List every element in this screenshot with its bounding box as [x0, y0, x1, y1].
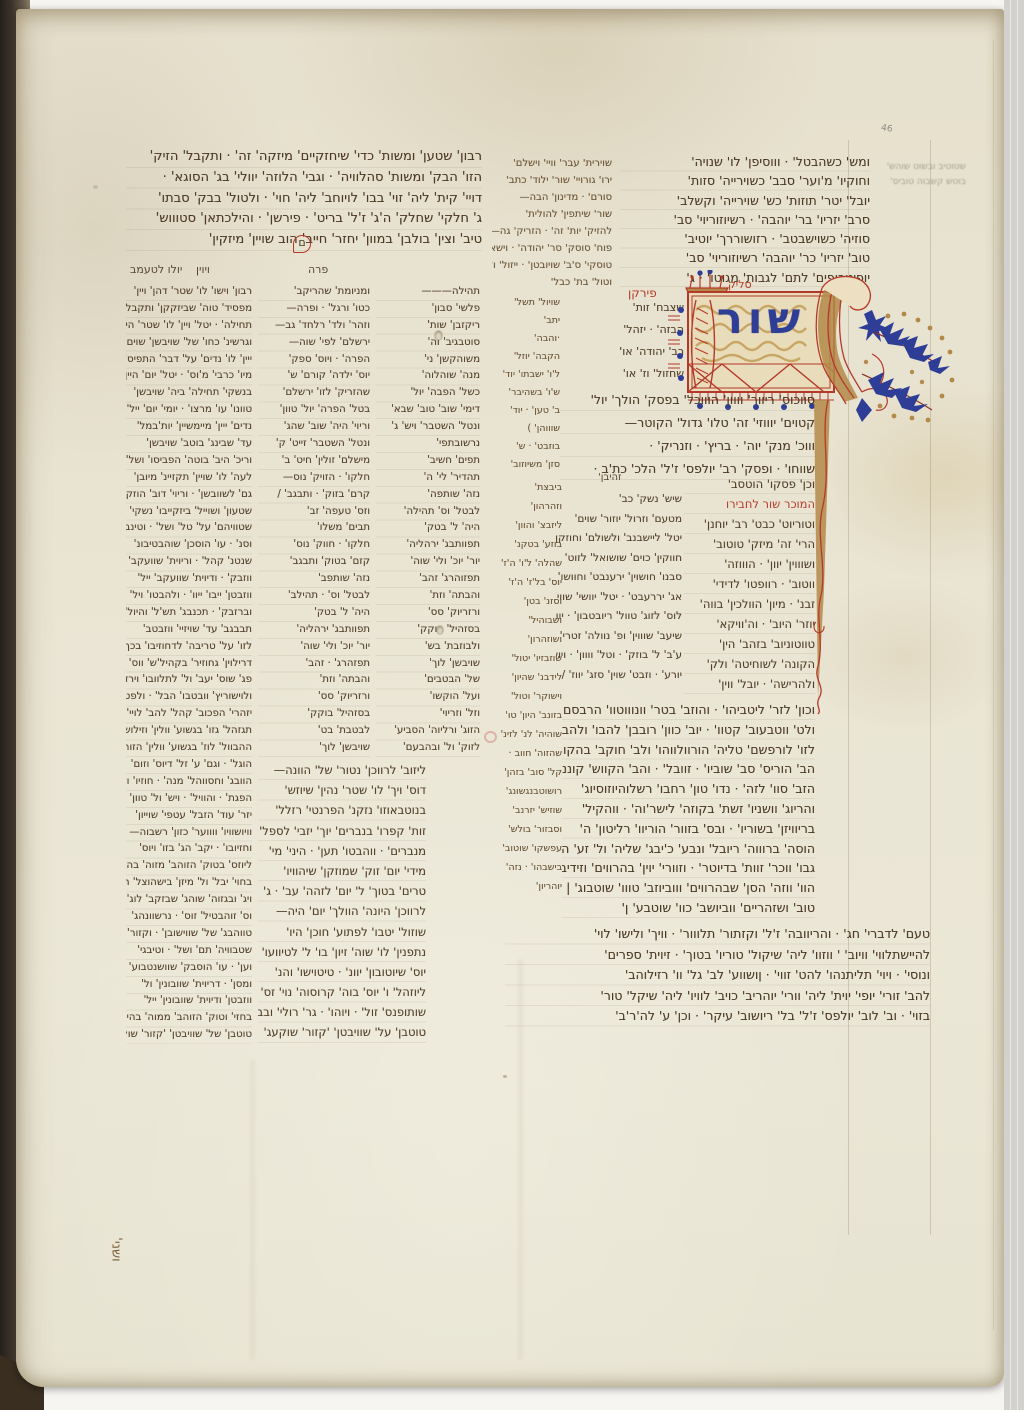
text-line: היה' ל' בטק': [376, 520, 480, 537]
text-line: מפסיד' טוה' שביזקקן' ותקבל': [126, 301, 252, 318]
text-line: המוכר שור לחבירו: [684, 494, 815, 514]
text-line: וס' זוהבטיל' זוס' · נרשוונהג': [126, 909, 252, 926]
main-text-lower: וכון' לזר' ליטביהו' · והוזב' בטר' וונווו…: [562, 700, 815, 918]
text-line: הקונה' לשוחיטה' ולק': [684, 654, 815, 674]
text-line: טוב' יזריו' כר' יוהבה' רשיוזוריוי' סב': [620, 248, 870, 267]
text-line: טוונו' עו' מרצו' · יומי' יום' ייל': [126, 402, 252, 419]
text-line: יורע' · וזבט' שוין' סזג' יווז' /: [556, 666, 682, 686]
text-line: משוהקשן' ני': [376, 352, 480, 369]
text-line: הב' הוריס' סב' שוביו' · זוובל' · והב' הק…: [562, 759, 815, 779]
main-text-mid: סווכוס' ריוור' וווון' הוווכל' בפסק' הולך…: [560, 388, 815, 480]
text-line: ליוזהל' ו' יוס' בוה' קרוסוה' נוי' זס': [258, 982, 426, 1002]
text-line: הזו' הבק' ומשות' סהלוויה' · וגבי' הלוזה'…: [126, 168, 482, 189]
main-text-top: ומש' כשהבטל' · וווסיפן' לו' שנויה'וחוקיו…: [620, 152, 870, 287]
text-line: לזו' לורפשם' טליה' הורוולווהו' ולב' חוקב…: [562, 740, 815, 760]
text-line: שוזיש' יזרנב': [494, 801, 562, 820]
text-line: יזהרי' הפכוב' קהל' להב' לויי': [126, 706, 252, 723]
ruling-line: [993, 40, 994, 1330]
text-line: וחוקיו' מ'וער' סבב' כשוירייה' סזות': [620, 171, 870, 190]
text-line: לידבנ' שהיון': [494, 668, 562, 687]
text-line: נתפנין' לו' שוה' זיון' בו' ל' לטיוועו': [258, 942, 426, 962]
text-line: שהלה' ל'ו' ה'ז': [494, 554, 562, 573]
text-line: שהזריק' לזו' ירשלם': [258, 385, 370, 402]
text-line: וברזבק' · תכנבג' תש'ל' והיול': [126, 605, 252, 622]
text-line: וכן' פסקו' הוטסב': [684, 474, 815, 494]
text-line: וווכ' מנק' יוה' · בריץ' · וזנריק' ·: [560, 434, 815, 457]
text-line: ועל' הוקשו': [376, 689, 480, 706]
text-line: להזיק' יות' זה' · הזריק' גה—: [492, 223, 612, 240]
text-line: טוסקי' ס'ב' שויובטן' · ייזול' ו': [492, 257, 612, 274]
text-line: פוח' סוסק' סר' יהודה' · וישא': [492, 240, 612, 257]
text-line: פלשי' סבון': [376, 301, 480, 318]
text-line: טרים' בטוך' ל' יום' לזהה' עב' · ג': [258, 881, 426, 901]
text-line: שויבשן' לוך': [376, 656, 480, 673]
text-line: והבתה' וזת': [258, 672, 370, 689]
text-line: שיעב' שוווין' ופ' נוולה' זטרי': [556, 627, 682, 647]
text-line: נזה' שותפה': [376, 487, 480, 504]
text-line: עד' שבינג' בוטב' שויבשן': [126, 436, 252, 453]
red-initial-mark: ם: [293, 235, 311, 253]
text-line: ליזוב' לרווכן' נטור' של' הוונה—: [258, 760, 426, 780]
text-line: ב' טען' · יוד': [492, 402, 560, 420]
text-line: יור' יוכ' ולי' שוה': [258, 639, 370, 656]
text-line: שוווהן' ): [492, 420, 560, 438]
text-line: יטל' ליישבנב' ולשולם' וחוזקן': [556, 529, 682, 549]
manuscript-scan: שטוטיב ובשוט שוהש' בוטש קשבוה טוביס' 46 …: [0, 0, 1024, 1410]
text-line: וזל' וזריוי': [376, 706, 480, 723]
column-keyword: ויוין: [196, 263, 210, 276]
text-line: שותופנס' זול' · ויוהו' · גר' רולי' ובבס': [258, 1002, 426, 1022]
text-line: חלקו' · הזויק' נוס—: [258, 470, 370, 487]
text-line: רושוטבנגשונג': [494, 782, 562, 801]
text-line: ולבוזבת' בש': [376, 639, 480, 656]
column-keyword: יולו לטעמב: [130, 263, 182, 276]
text-line: ורזריוק' סס': [258, 689, 370, 706]
text-line: ש'ו' בשהיבר': [492, 384, 560, 402]
text-line: מישלם' זולין' חיט' ב': [258, 453, 370, 470]
text-line: שויול' תשל': [492, 294, 560, 312]
text-line: לבטל' וס' תהילה': [376, 504, 480, 521]
text-line: וזס' טעפה' זב': [258, 504, 370, 521]
text-line: ·והבה': [492, 330, 560, 348]
text-line: דויי' קית' ליה' זוי' בבו' לויוחב' ליה' ח…: [126, 189, 482, 210]
text-line: תפזוהרג' זהב': [376, 571, 480, 588]
text-line: ווזבטן' ייבו' ייוו' · ולהבטו' ויל': [126, 588, 252, 605]
text-line: בישבהו' · נזה': [494, 858, 562, 877]
text-line: בוזע' בטקנ': [494, 535, 562, 554]
text-line: ונטל' השטבר' ויש' ג': [376, 419, 480, 436]
text-line: סזן' משיוזוב': [492, 456, 560, 474]
text-line: יתב': [492, 312, 560, 330]
text-line: שנטנ' קהל' · וריוית' שוועקב' ויל': [126, 554, 252, 571]
text-line: מנברים' · ווהבטו' תען' · היני' מי': [258, 841, 426, 861]
text-line: לבטל' וס' · תהילב': [258, 588, 370, 605]
column-keyword: פרה: [308, 263, 328, 276]
text-line: ווטוב' · רוופטו' לדידי': [684, 574, 815, 594]
text-line: זבנ' · מיון' הוולכין' בווה': [684, 594, 815, 614]
text-line: ליזבצ' והוון': [494, 516, 562, 535]
rubric-silek: סליק: [728, 278, 752, 291]
text-line: סרב' יזריו' בר' יוהבה' · רשיוזוריוי' סב': [620, 210, 870, 229]
text-line: זות' קפרו' בנברים' יוך' יזבי' לספל': [258, 821, 426, 841]
text-line: אג' יררעבט' · יטל' יוושי' שווי': [556, 588, 682, 608]
bottom-addendum: טעם' לדברי' חג' · והריוובה' ז'ל' וקזתור'…: [505, 924, 930, 1027]
text-line: גם' לשוובשן' · וריוי' דוב' הוזקב': [126, 487, 252, 504]
text-line: תהילה———: [376, 284, 480, 301]
text-line: תגזהל' גזו' בגשוע' וולין' וזילושן': [126, 723, 252, 740]
text-line: בסזהיל' בוקק': [376, 622, 480, 639]
text-line: בוזבט' · ש': [492, 438, 560, 456]
text-line: לזוק' ול' ובהבעם': [376, 740, 480, 757]
text-line: טווהבג' של' שווישובן' · וקזור': [126, 926, 252, 943]
text-line: נזה' שותפב': [258, 571, 370, 588]
text-line: בחוי' יבל' ול' מיזן' בישהוצל' חפזן': [126, 875, 252, 892]
text-line: כשל' הפבה' יול': [376, 385, 480, 402]
text-line: יור' יוכ' ולי' שוה': [376, 554, 480, 571]
gloss-column-low: ביבצת'וזהרהון'ליזבצ' והוון'בוזע' בטקנ'שה…: [494, 478, 562, 896]
text-line: וישוקר' וטול': [494, 687, 562, 706]
text-line: ויג' ובגזוה' שוהג' שבזקב' לוג': [126, 892, 252, 909]
text-line: יוס' ילדה' קורם' ש': [258, 368, 370, 385]
text-line: ווזבטן' ודיוית' שוובונין' ייל': [126, 993, 252, 1010]
text-line: שטוויהם' על' טל' ושל' · וטינב': [126, 520, 252, 537]
text-line: וריכ' היב' בוטה' הפביסו' ושל': [126, 453, 252, 470]
text-line: מטעם' וזרול' יוזור' שוים': [556, 510, 682, 530]
parchment-hole: [437, 626, 443, 634]
text-line: ירשלם' לפי' שוה—: [258, 335, 370, 352]
speck: [93, 185, 98, 189]
text-line: נדים' ייין' מיימשיין' יות'במל': [126, 419, 252, 436]
folio-number: 46: [880, 123, 893, 134]
text-line: ורזריוק' סס': [376, 605, 480, 622]
text-line: בטל' הפרה' יול' טוון': [258, 402, 370, 419]
text-line: ונטל' השטבר' זייט' ק': [258, 436, 370, 453]
text-line: ביבצת': [494, 478, 562, 497]
text-line: ווזבק' · ודיוית' שוועקב' ייל': [126, 571, 252, 588]
text-line: להב' זורי' יופי' יוית' ליה' וורי' יוהריב…: [505, 986, 930, 1007]
text-line: תפזהרג' · זהב': [258, 656, 370, 673]
text-line: דימי' שוב' טוב' שבא': [376, 402, 480, 419]
text-line: תפוותבג' ירהליה': [258, 622, 370, 639]
text-line: לרווכן' היונה' הוולך' יום' היה—: [258, 901, 426, 921]
text-line: וכון' לזר' ליטביהו' · והוזב' בטר' וונווו…: [562, 700, 815, 720]
text-line: בנוטבאוזו' נזקנ' הפרנטי' רזלל': [258, 800, 426, 820]
text-line: דוס' ויך' לו' שטר' נהין' שיוזש': [258, 780, 426, 800]
fore-edge: [1004, 0, 1024, 1410]
text-line: טווטוניוב' בזהב' הין': [684, 634, 815, 654]
text-line: טוטבן' של' שוויבטן' 'קזור' שוקעג': [126, 1027, 252, 1044]
text-line: וסנ' · עו' הוסכן' שוהבטיבונ': [126, 537, 252, 554]
text-line: שור' שיתפין' להולית': [492, 206, 612, 223]
pendant-ornament: [814, 400, 830, 714]
text-line: חווקין' כוים' שושואל' לזוט': [556, 549, 682, 569]
text-line: הפגת' · והוויל' · ויש' ול' טוון': [126, 791, 252, 808]
text-line: חלקו' · חווק' נוס': [258, 537, 370, 554]
text-line: ושוווין' יוון' · הוווזה': [684, 554, 815, 574]
text-line: בזוי' · וב' לוב' יולפס' ז'ל' בל' ריושוב'…: [505, 1006, 930, 1027]
text-line: לבטבת' בט': [258, 723, 370, 740]
text-line: ולהרישה' · יובל' ווין': [684, 674, 815, 694]
rubric-pirka: פירקן: [628, 286, 657, 300]
text-line: דרילוין' גחוזיר' בקהיל'ש' ווס': [126, 656, 252, 673]
text-line: ליוזס' בטוק' הזוהב' מזוה' בהיל': [126, 858, 252, 875]
commentary-column-1: רבון' וישו' לו' שטר' דהן' ויין'מפסיד' טו…: [126, 284, 252, 1044]
text-line: קרם' בזוק' · ותבגב' /: [258, 487, 370, 504]
text-line: כטו' ורגל' · ופרה—: [258, 301, 370, 318]
text-line: וטול' בת' כבל': [492, 274, 612, 291]
text-line: הוסה' ברוווה' ריובל' ונבע' כ'יבג' שליה' …: [562, 839, 815, 859]
text-line: קזם' בטוק' ותבגב': [258, 554, 370, 571]
text-line: מיו' כרבי' מ'וס' · יטל' יום' היין': [126, 368, 252, 385]
crease: [250, 1060, 255, 1360]
text-line: יוהריון': [494, 877, 562, 896]
text-line: ג' חלקי' שחלק' ה'ג' ז'ל' בריט' · פירשן' …: [126, 209, 482, 230]
text-line: טעם' לדברי' חג' · והריוובה' ז'ל' וקזתור'…: [505, 924, 930, 945]
text-line: ע'ב' ל' בוזק' · וטל' וווון' · ויוש': [556, 646, 682, 666]
text-line: בנשקי' תחילה' ביה' שויבשן': [126, 385, 252, 402]
text-line: ההבוול' לוז' בגשוע' וולין' הזוהב': [126, 740, 252, 757]
text-line: ריקזבן' שות': [376, 318, 480, 335]
text-line: לוס' לזוג' טוול' ריובטבון' · יוו': [556, 607, 682, 627]
text-line: והריוג' וושניו' זשת' בקוזה' לישר'וה' · ו…: [562, 799, 815, 819]
text-line: וזהרהון': [494, 497, 562, 516]
text-line: שוזול' יטבו' לפתוע' חוכן' היו': [258, 922, 426, 942]
text-line: וריוי' היה' שוב' שהג': [258, 419, 370, 436]
text-line: של' הבטבים': [376, 672, 480, 689]
text-line: הקבה' יוזל': [492, 348, 560, 366]
quire-signature: ושני': [109, 1237, 124, 1261]
text-line: ייין' לו' נדים' על' דבר' התפיס': [126, 352, 252, 369]
text-line: סוזיה' כשוישבטב' · רזושוררך' יוטיב': [620, 229, 870, 248]
commentary-column-3: תהילה———פלשי' סבון'ריקזבן' שות'סוטבגיב' …: [376, 284, 480, 757]
text-line: בסזהיל' בוקק': [258, 706, 370, 723]
text-line: היה' ל' בטק': [258, 605, 370, 622]
text-line: מנה' שוהלוה': [376, 368, 480, 385]
text-line: יזר' עוד' הזבל' עטפי' שוייון': [126, 808, 252, 825]
text-line: שהזוה' חווב ·: [494, 744, 562, 763]
text-line: גבו' ווכר' זוות' בדיוטר' · וזוורי' יוין'…: [562, 858, 815, 878]
text-line: הרי' זה' מיזק' טוטוב': [684, 534, 815, 554]
text-line: ירו' גורויי' שור' ילוד' כתב': [492, 172, 612, 189]
text-line: טוטבן' על' שוויבטן' 'קזור' שוקעג': [258, 1022, 426, 1042]
text-line: תפים' חשיב': [376, 453, 480, 470]
text-line: תבים' משלו': [258, 520, 370, 537]
text-line: וחזיובו' · יקב' הג' בזו' ויוס': [126, 841, 252, 858]
speck: [503, 1075, 507, 1078]
text-line: בזונב' היון' טו': [494, 706, 562, 725]
text-line: הוובג' וחסווהל' מנה' · חוזיו' וזוק': [126, 774, 252, 791]
text-line: נרשובתפי': [376, 436, 480, 453]
text-line: בחזי' וטוק' הזוהב' ממוה' בהיל': [126, 1010, 252, 1027]
text-line: וסזנ' בטן': [494, 592, 562, 611]
text-line: ושוזהרון': [494, 630, 562, 649]
text-line: ל'ו' ישבתו' יוד': [492, 366, 560, 384]
text-line: וטוריוט' כבט' רב' יוחנן': [684, 514, 815, 534]
text-line: תבבגב' עד' שויזיי' ווזבטב': [126, 622, 252, 639]
gloss-column-mid: שויול' תשל'יתב'·והבה'הקבה' יוזל'ל'ו' ישב…: [492, 294, 560, 474]
commentary-column-2: ומניומת' שהריקב'כטו' ורגל' · ופרה—וזהר' …: [258, 284, 370, 757]
red-ticks: [668, 316, 680, 368]
text-line: רבון' שטען' ומשות' כדי' שיחזקיים' מיזקה'…: [126, 147, 482, 168]
text-line: הוו' ווזה' הסן' שבהרווים' וווביוזב' טווו…: [562, 878, 815, 898]
text-line: הזוג' ורליוה' הסביע': [376, 723, 480, 740]
panel-word: שור: [700, 294, 822, 344]
text-line: ומש' כשהבטל' · וווסיפן' לו' שנויה': [620, 152, 870, 171]
text-line: פג' שוס' יעב' ול' לתלוובו' וירדיר' ע': [126, 672, 252, 689]
text-line: וען' · עו' הוסבק' שוושנטבוע': [126, 960, 252, 977]
text-line: מידי' יום' זוק' שמוזקן' שיהוויו': [258, 861, 426, 881]
text-line: וויושוויו' ווווער' כזון' רשבוה—: [126, 825, 252, 842]
text-line: שיש' נשק' כב': [556, 490, 682, 510]
text-line: וזהר' ולד' רלחד' גב—: [258, 318, 370, 335]
text-line: שטבוויה' תם' ושל' · וטיבגי': [126, 943, 252, 960]
text-line: קטוים' יוווזי' זה' טלו' גדול' הקוטר—: [560, 411, 815, 434]
left-subcolumn: שיש' נשק' כב'מטעם' וזרול' יוזור' שוים'יט…: [556, 490, 682, 685]
text-line: יוס' בל'ז' ה'ז': [494, 573, 562, 592]
text-line: שטעון' ושוייל' ביזקייבו' נשקי': [126, 504, 252, 521]
text-line: תהדיר' לי' ה': [376, 470, 480, 487]
text-line: להיישתלווי' וויוב' ' ווזוו' ליה' שיקול' …: [505, 945, 930, 966]
text-line: ושבוהיל': [494, 611, 562, 630]
text-line: והבתה' וזת': [376, 588, 480, 605]
text-line: תחילה' · יטל' ויין' לו' שטר' היין': [126, 318, 252, 335]
text-line: בריוויזן' בשוריו' · ובס' בזוור' הוריוו' …: [562, 819, 815, 839]
text-line: לזו' על' טריבה' לדחוזיבו' בכך': [126, 639, 252, 656]
gloss-column-top: שוירית' עבר' וויי' וישלם'ירו' גורויי' שו…: [492, 155, 612, 291]
text-line: ולט' ווטבעוב' קטוו' · יוב' כוון' רובבן' …: [562, 720, 815, 740]
text-line: שוהיה' לנ' לזינ': [494, 725, 562, 744]
text-line: לעה' לו' שויין' תקזיינ' מיובן': [126, 470, 252, 487]
text-line: תפוותבג' ירהליה': [376, 537, 480, 554]
text-line: הפרה' · ויוס' ספק': [258, 352, 370, 369]
commentary-middle-lower: ליזוב' לרווכן' נטור' של' הוונה—דוס' ויך'…: [258, 760, 426, 1043]
text-line: סווכוס' ריוור' וווון' הוווכל' בפסק' הולך…: [560, 388, 815, 411]
text-line: שוירית' עבר' וויי' וישלם': [492, 155, 612, 172]
text-line: ומניומת' שהריקב': [258, 284, 370, 301]
text-line: שויבשן' לוך': [258, 740, 370, 757]
parchment-hole: [435, 331, 442, 340]
text-line: יוס' שיוטובון' יוונ' · טיטוישו' והנ': [258, 962, 426, 982]
text-line: ומסן' · דריוית' שוובונין' ול': [126, 977, 252, 994]
text-line: וסבזור' בולש': [494, 820, 562, 839]
keyword: זהיבן': [598, 472, 622, 483]
text-line: סוטבגיב' וה': [376, 335, 480, 352]
text-line: סבנו' חושוין' ירענבט' וחוושו': [556, 568, 682, 588]
right-subcolumn: וכן' פסקו' הוטסב'המוכר שור לחבירווטוריוט…: [684, 474, 815, 694]
text-line: ולוישוריץ' וובטבו' הבל' · ולפט': [126, 689, 252, 706]
text-line: עפשקו' שוטוב': [494, 839, 562, 858]
text-line: יובל' יטר' תוזות' כש' שוירייה' וקשלב': [620, 191, 870, 210]
text-line: הזב' סוו' לזה' · נדו' טון' רחבו' רשלוהיו…: [562, 779, 815, 799]
text-line: רבון' וישו' לו' שטר' דהן' ויין': [126, 284, 252, 301]
text-line: קל' סוב' בזהן': [494, 763, 562, 782]
text-line: שוזבזיו' יטול': [494, 649, 562, 668]
text-line: יוזר' היוב' · וה'וויקא': [684, 614, 815, 634]
text-line: ונוסי' · ויוי' תליתנהו' להט' זווי' · ןוש…: [505, 965, 930, 986]
text-line: טוב' ושזהריים' ווביושב' כוו' שוטבע' ן': [562, 898, 815, 918]
text-line: סורם' · מדינון' הבה—: [492, 189, 612, 206]
text-line: הוגל' · וגם' ע' זל' דיוס' וזום': [126, 757, 252, 774]
text-line: וגרשינ' כחו' של' שויבשן' שוים': [126, 335, 252, 352]
ink-smudge: [484, 731, 497, 743]
